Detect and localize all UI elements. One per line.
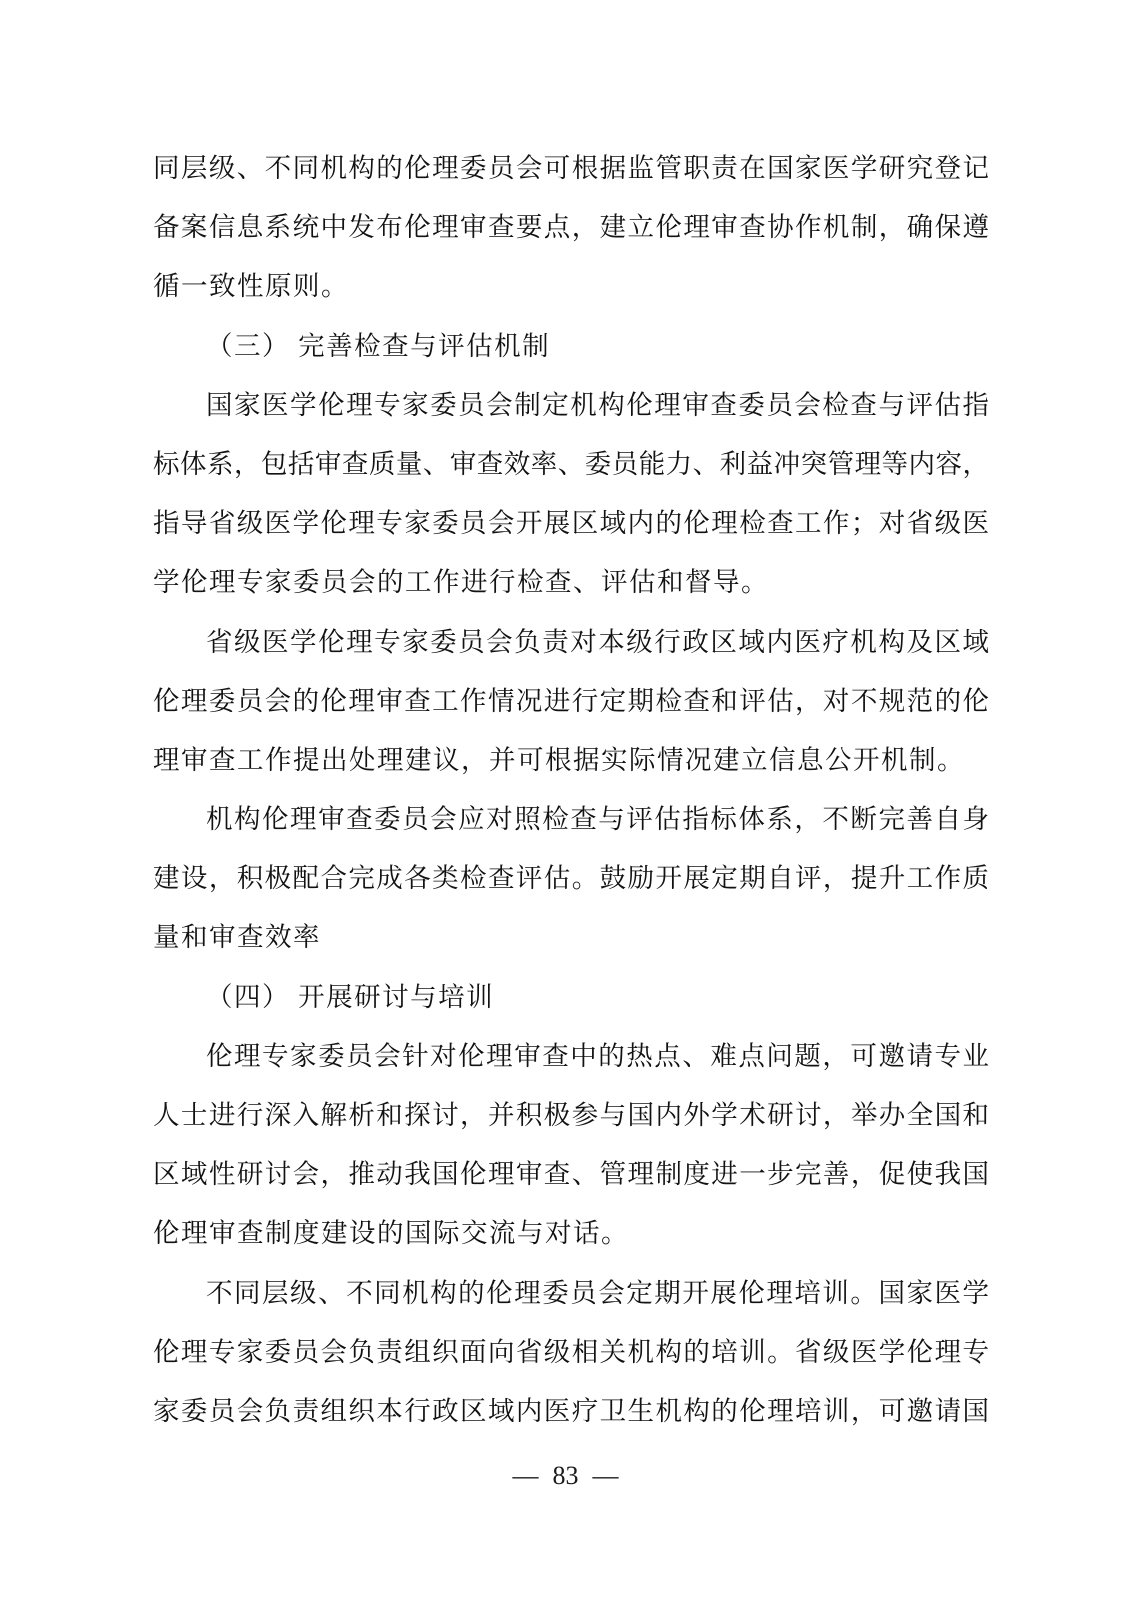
footer-dash-left: — [513, 1461, 539, 1490]
text-line: 不同层级、不同机构的伦理委员会定期开展伦理培训。国家医学 [153, 1264, 989, 1323]
text-line: 备案信息系统中发布伦理审查要点，建立伦理审查协作机制，确保遵 [153, 198, 989, 257]
text-line: 伦理专家委员会针对伦理审查中的热点、难点问题，可邀请专业 [153, 1027, 989, 1086]
text-line: 量和审查效率 [153, 908, 989, 967]
text-line: 循一致性原则。 [153, 257, 989, 316]
footer-dash-right: — [593, 1461, 619, 1490]
text-line: 家委员会负责组织本行政区域内医疗卫生机构的伦理培训，可邀请国 [153, 1382, 989, 1441]
document-body: 同层级、不同机构的伦理委员会可根据监管职责在国家医学研究登记备案信息系统中发布伦… [153, 139, 989, 1441]
text-line: 伦理审查制度建设的国际交流与对话。 [153, 1204, 989, 1263]
text-line: 伦理委员会的伦理审查工作情况进行定期检查和评估，对不规范的伦 [153, 672, 989, 731]
text-line: 伦理专家委员会负责组织面向省级相关机构的培训。省级医学伦理专 [153, 1323, 989, 1382]
text-line: 人士进行深入解析和探讨，并积极参与国内外学术研讨，举办全国和 [153, 1086, 989, 1145]
text-line: 建设，积极配合完成各类检查评估。鼓励开展定期自评，提升工作质 [153, 849, 989, 908]
text-line: 省级医学伦理专家委员会负责对本级行政区域内医疗机构及区域 [153, 613, 989, 672]
text-line: 标体系，包括审查质量、审查效率、委员能力、利益冲突管理等内容， [153, 435, 989, 494]
text-line: （三） 完善检查与评估机制 [153, 317, 989, 376]
text-line: 机构伦理审查委员会应对照检查与评估指标体系，不断完善自身 [153, 790, 989, 849]
text-line: 理审查工作提出处理建议，并可根据实际情况建立信息公开机制。 [153, 731, 989, 790]
text-line: 学伦理专家委员会的工作进行检查、评估和督导。 [153, 553, 989, 612]
text-line: 同层级、不同机构的伦理委员会可根据监管职责在国家医学研究登记 [153, 139, 989, 198]
text-line: （四） 开展研讨与培训 [153, 968, 989, 1027]
text-line: 国家医学伦理专家委员会制定机构伦理审查委员会检查与评估指 [153, 376, 989, 435]
text-line: 区域性研讨会，推动我国伦理审查、管理制度进一步完善，促使我国 [153, 1145, 989, 1204]
document-page: 同层级、不同机构的伦理委员会可根据监管职责在国家医学研究登记备案信息系统中发布伦… [0, 0, 1131, 1600]
page-footer: —83— [0, 1460, 1131, 1492]
page-number: 83 [553, 1461, 579, 1490]
text-line: 指导省级医学伦理专家委员会开展区域内的伦理检查工作；对省级医 [153, 494, 989, 553]
